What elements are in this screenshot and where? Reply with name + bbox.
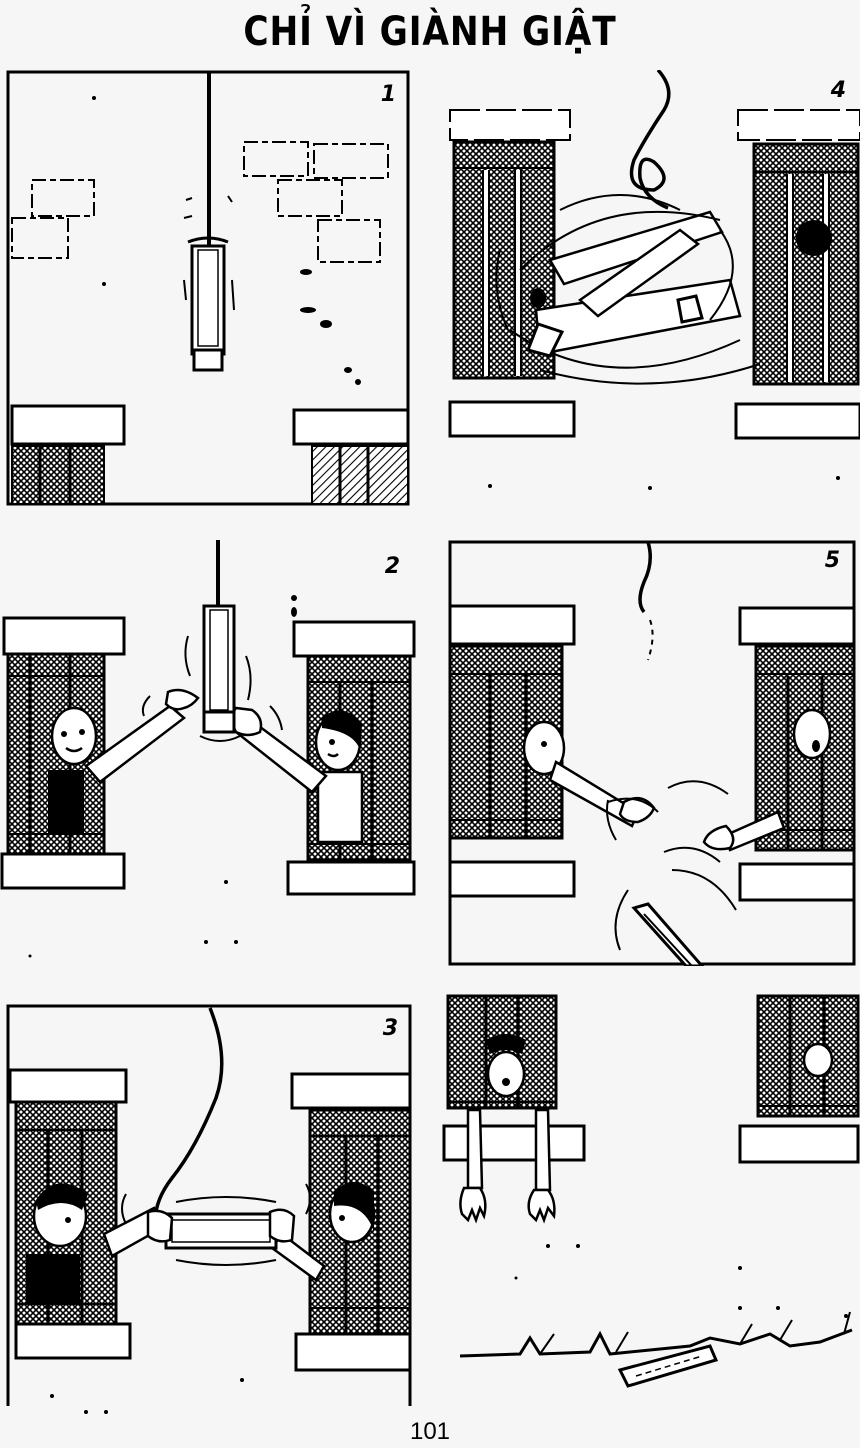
comic-panel-2: 2: [0, 536, 420, 966]
panel-3-drawing: [6, 1004, 412, 1424]
panel-5-drawing: [448, 540, 856, 966]
panel-4-drawing: [440, 70, 860, 500]
comic-panel-6: [440, 994, 860, 1414]
comic-panel-5: 5: [448, 540, 856, 966]
panel-number: 5: [825, 550, 840, 572]
panel-6-drawing: [440, 994, 860, 1414]
panel-number: 4: [831, 80, 846, 102]
panel-number: 1: [381, 84, 396, 106]
comic-panel-4: 4: [440, 70, 860, 500]
panel-number: 3: [383, 1018, 398, 1040]
panel-number: 2: [385, 556, 400, 578]
comic-panel-1: 1: [6, 70, 410, 506]
panel-2-drawing: [0, 536, 420, 966]
page-title: CHỈ VÌ GIÀNH GIẬT: [60, 6, 800, 58]
page-number: 101: [0, 1418, 860, 1446]
panel-1-drawing: [6, 70, 410, 506]
comic-panel-3: 3: [6, 1004, 412, 1424]
